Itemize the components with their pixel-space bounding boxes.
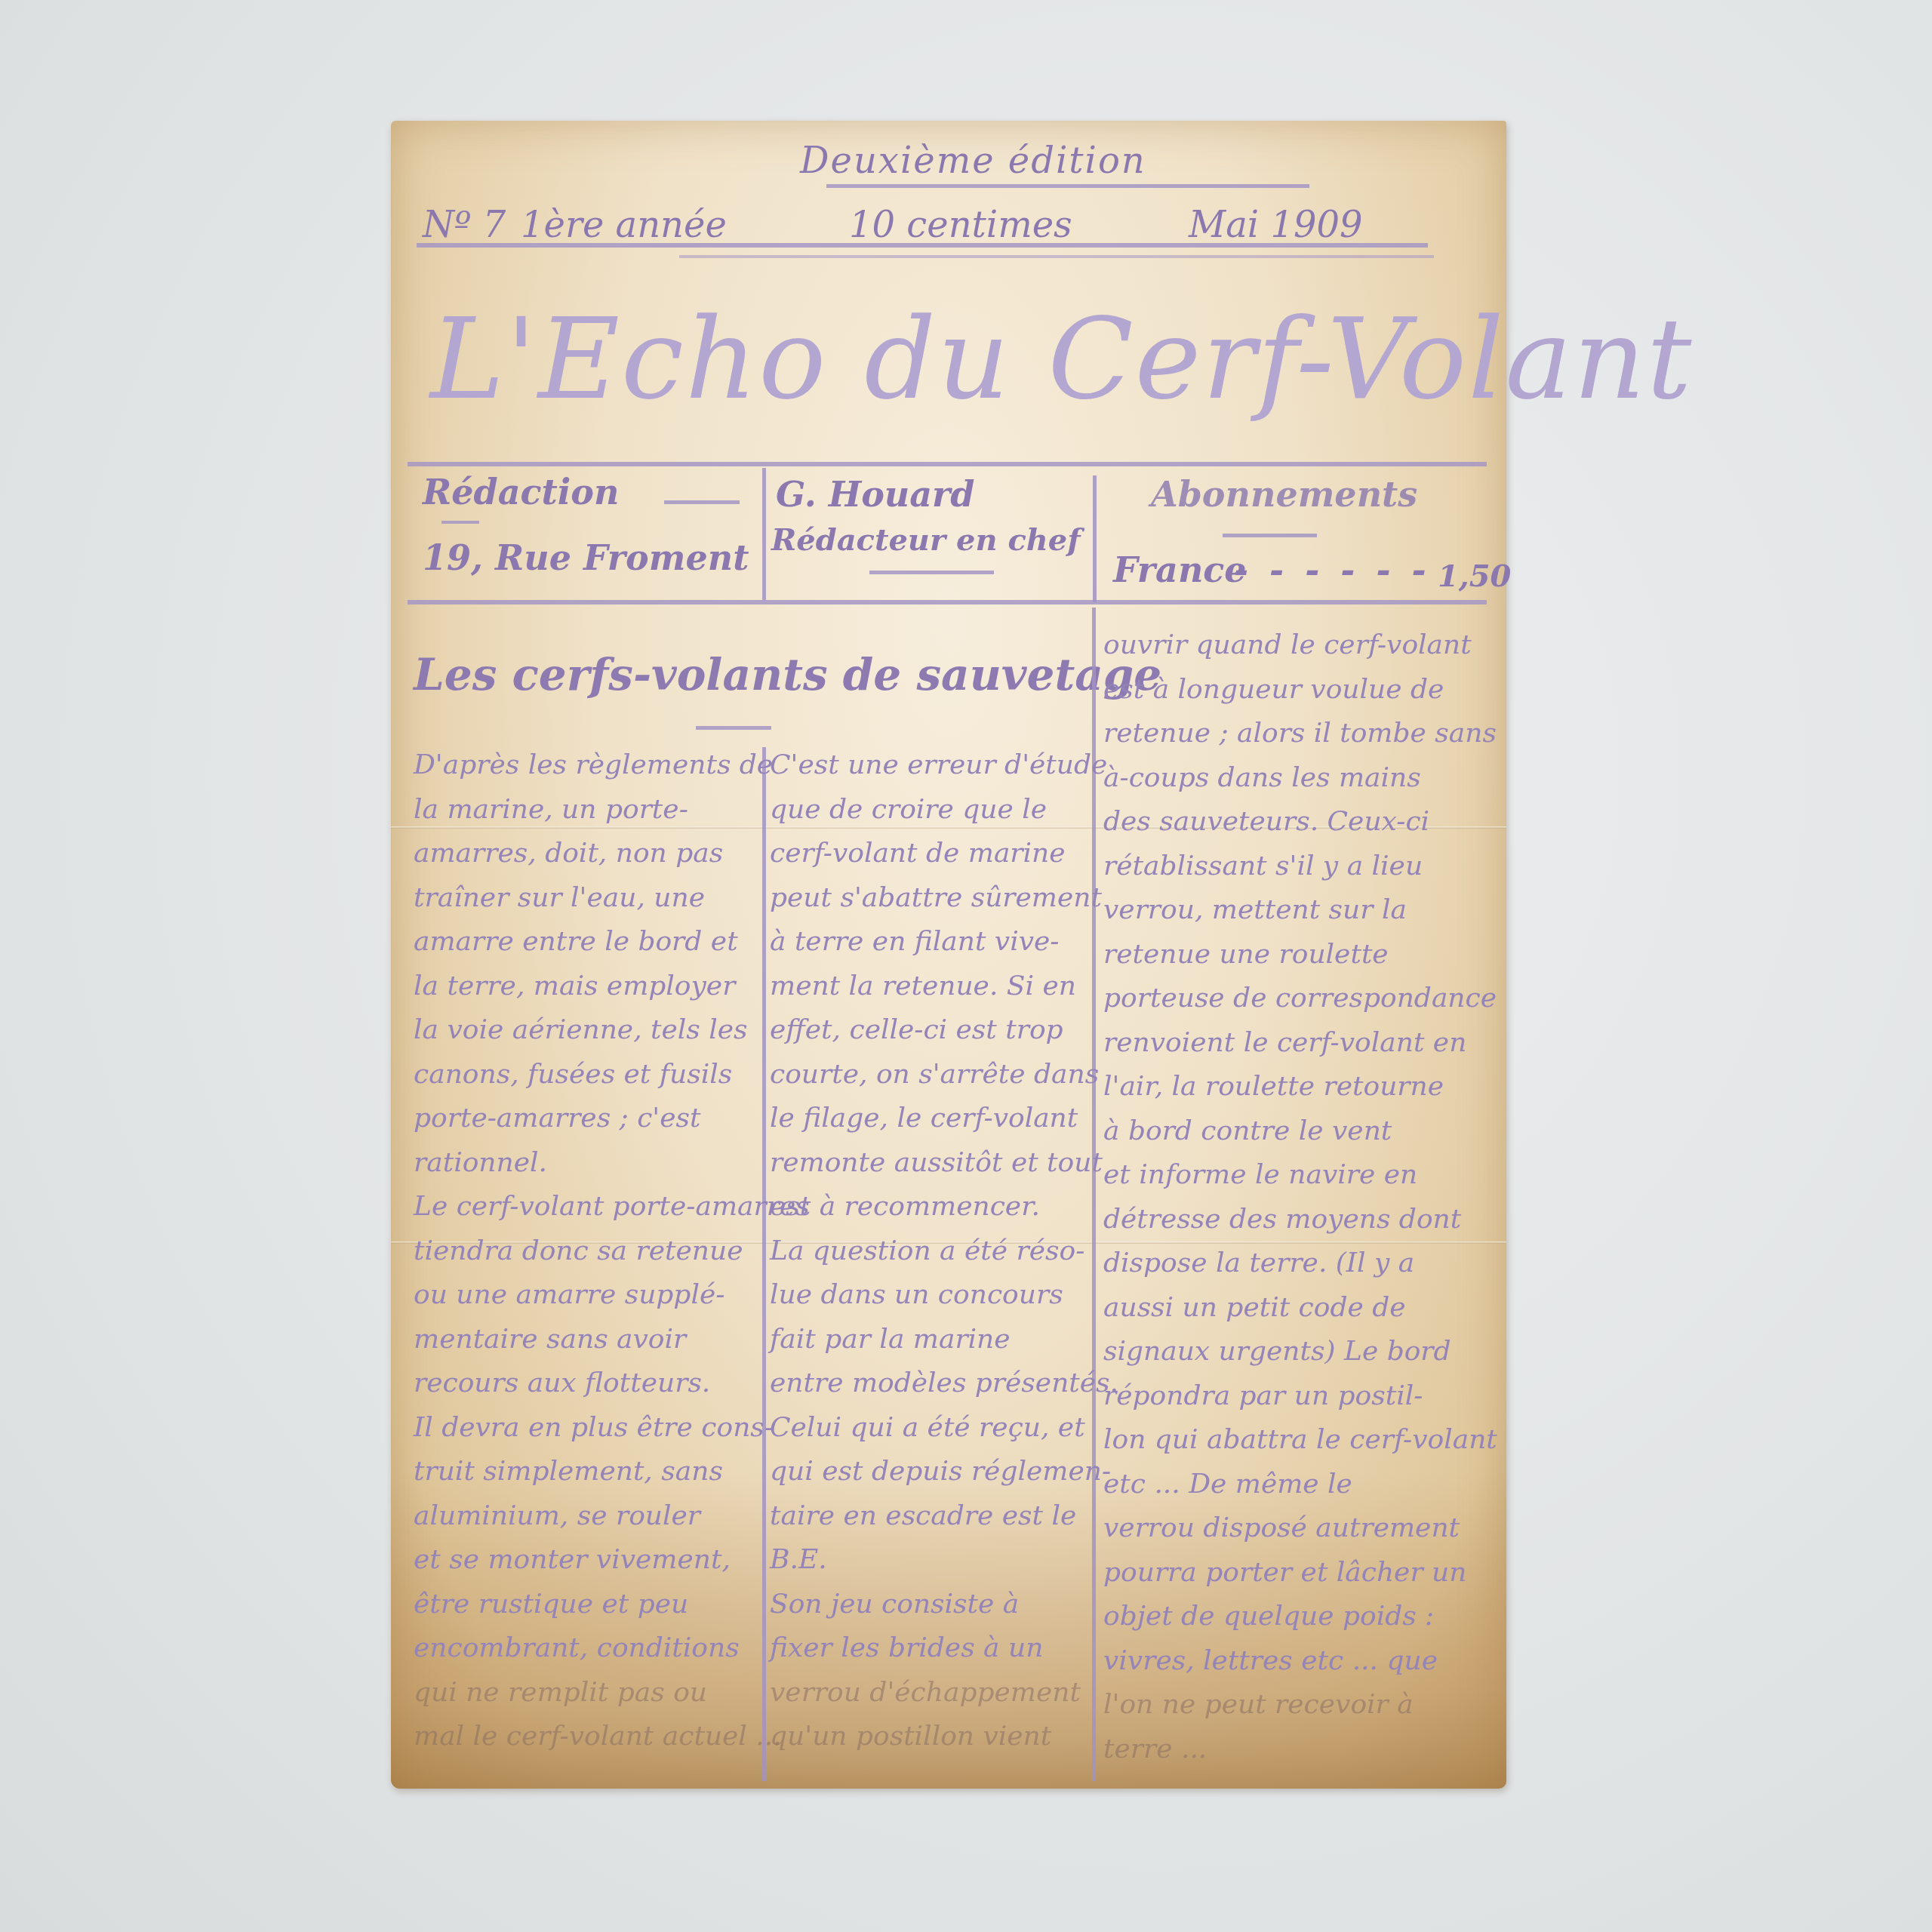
- text-line: encombrant, conditions: [414, 1626, 753, 1671]
- info-table-divider: [762, 468, 766, 600]
- text-line: tiendra donc sa retenue: [414, 1229, 753, 1274]
- text-line: à-coups dans les mains: [1103, 756, 1481, 801]
- redaction-separator: [441, 521, 479, 524]
- text-line: à terre en filant vive-: [770, 920, 1087, 964]
- text-line: l'air, la roulette retourne: [1103, 1065, 1481, 1109]
- text-line: taire en escadre est le: [770, 1494, 1087, 1539]
- text-line: Celui qui a été reçu, et: [770, 1406, 1087, 1451]
- text-line: retenue ; alors il tombe sans: [1103, 712, 1481, 756]
- text-line: être rustique et peu: [414, 1583, 753, 1627]
- text-line: et informe le navire en: [1103, 1153, 1481, 1198]
- article-column-2: C'est une erreur d'étude que de croire q…: [770, 743, 1087, 1759]
- subscription-leader-dots: - - - - - -: [1234, 549, 1431, 590]
- text-line: lon qui abattra le cerf-volant: [1103, 1418, 1481, 1463]
- text-line: est à recommencer.: [770, 1185, 1087, 1229]
- edition-label: Deuxième édition: [800, 140, 1146, 182]
- text-line: etc ... De même le: [1103, 1463, 1481, 1507]
- redaction-dash: [664, 500, 740, 504]
- text-line: est à longueur voulue de: [1103, 668, 1481, 712]
- text-line: à bord contre le vent: [1103, 1109, 1481, 1154]
- text-line: amarres, doit, non pas: [414, 832, 753, 876]
- text-line: qui est depuis réglemen-: [770, 1450, 1087, 1494]
- subscription-france-price: 1,50: [1438, 558, 1511, 594]
- subscription-france-label: France: [1113, 549, 1247, 590]
- text-line: fait par la marine: [770, 1318, 1087, 1362]
- text-line: amarre entre le bord et: [414, 920, 753, 964]
- text-line: répondra par un postil-: [1103, 1374, 1481, 1419]
- issue-number: Nº 7: [423, 204, 506, 246]
- text-line: verrou, mettent sur la: [1103, 888, 1481, 933]
- issue-year: 1ère année: [521, 204, 727, 246]
- edition-underline: [826, 184, 1309, 188]
- text-line: aluminium, se rouler: [414, 1494, 753, 1539]
- text-line: la voie aérienne, tels les: [414, 1008, 753, 1053]
- info-table-top-rule: [408, 462, 1487, 466]
- text-line: truit simplement, sans: [414, 1450, 753, 1494]
- editor-separator: [869, 571, 994, 574]
- text-line: canons, fusées et fusils: [414, 1053, 753, 1097]
- redaction-address: 19, Rue Froment: [423, 537, 749, 578]
- subscriptions-heading: Abonnements: [1151, 474, 1417, 515]
- text-line: traîner sur l'eau, une: [414, 876, 753, 921]
- column-divider: [762, 747, 766, 1781]
- text-line: La question a été réso-: [770, 1229, 1087, 1274]
- text-line: objet de quelque poids :: [1103, 1595, 1481, 1639]
- info-table-bottom-rule: [408, 600, 1487, 605]
- article-title: Les cerfs-volants de sauvetage: [414, 649, 1161, 700]
- text-line: entre modèles présentés.: [770, 1361, 1087, 1406]
- editor-name: G. Houard: [776, 474, 974, 515]
- text-line: peut s'abattre sûrement: [770, 876, 1087, 921]
- text-line: Il devra en plus être cons-: [414, 1406, 753, 1451]
- text-line: fixer les brides à un: [770, 1626, 1087, 1671]
- info-table-divider: [1093, 475, 1097, 602]
- text-line: détresse des moyens dont: [1103, 1198, 1481, 1242]
- text-line: et se monter vivement,: [414, 1538, 753, 1583]
- text-line: Son jeu consiste à: [770, 1583, 1087, 1627]
- text-line: qui ne remplit pas ou: [414, 1671, 753, 1715]
- text-line: qu'un postillon vient: [770, 1715, 1087, 1759]
- text-line: dispose la terre. (Il y a: [1103, 1241, 1481, 1286]
- text-line: porte-amarres ; c'est: [414, 1097, 753, 1141]
- text-line: lue dans un concours: [770, 1273, 1087, 1318]
- text-line: C'est une erreur d'étude: [770, 743, 1087, 788]
- article-column-3: ouvrir quand le cerf-volant est à longue…: [1103, 623, 1481, 1771]
- text-line: porteuse de correspondance: [1103, 977, 1481, 1021]
- text-line: rétablissant s'il y a lieu: [1103, 844, 1481, 889]
- masthead-rule-secondary: [679, 255, 1434, 258]
- subscriptions-separator: [1223, 534, 1317, 537]
- newspaper-title: L'Echo du Cerf-Volant: [430, 294, 1694, 424]
- text-line: D'après les règlements de: [414, 743, 753, 788]
- text-line: mal le cerf-volant actuel ...: [414, 1715, 753, 1759]
- text-line: courte, on s'arrête dans: [770, 1053, 1087, 1097]
- text-line: mentaire sans avoir: [414, 1318, 753, 1362]
- text-line: le filage, le cerf-volant: [770, 1097, 1087, 1141]
- text-line: la marine, un porte-: [414, 788, 753, 832]
- text-line: retenue une roulette: [1103, 933, 1481, 977]
- issue-price: 10 centimes: [849, 204, 1072, 246]
- text-line: ou une amarre supplé-: [414, 1273, 753, 1318]
- text-line: pourra porter et lâcher un: [1103, 1551, 1481, 1595]
- text-line: Le cerf-volant porte-amarres: [414, 1185, 753, 1229]
- issue-date: Mai 1909: [1189, 204, 1363, 246]
- text-line: cerf-volant de marine: [770, 832, 1087, 876]
- text-line: aussi un petit code de: [1103, 1286, 1481, 1331]
- text-line: ment la retenue. Si en: [770, 964, 1087, 1009]
- redaction-heading: Rédaction: [423, 472, 619, 512]
- text-line: vivres, lettres etc ... que: [1103, 1639, 1481, 1684]
- text-line: rationnel.: [414, 1141, 753, 1186]
- column-divider: [1092, 608, 1096, 1781]
- text-line: B.E.: [770, 1538, 1087, 1583]
- text-line: renvoient le cerf-volant en: [1103, 1021, 1481, 1066]
- text-line: recours aux flotteurs.: [414, 1361, 753, 1406]
- masthead-rule: [417, 243, 1428, 248]
- text-line: verrou disposé autrement: [1103, 1506, 1481, 1551]
- text-line: que de croire que le: [770, 788, 1087, 832]
- article-column-1: D'après les règlements de la marine, un …: [414, 743, 753, 1759]
- editor-role: Rédacteur en chef: [771, 522, 1081, 558]
- text-line: la terre, mais employer: [414, 964, 753, 1009]
- text-line: des sauveteurs. Ceux-ci: [1103, 800, 1481, 844]
- text-line: ouvrir quand le cerf-volant: [1103, 623, 1481, 668]
- article-title-underline: [696, 726, 771, 730]
- text-line: effet, celle-ci est trop: [770, 1008, 1087, 1053]
- text-line: verrou d'échappement: [770, 1671, 1087, 1715]
- text-line: l'on ne peut recevoir à: [1103, 1683, 1481, 1727]
- text-line: terre ...: [1103, 1727, 1481, 1772]
- text-line: remonte aussitôt et tout: [770, 1141, 1087, 1186]
- text-line: signaux urgents) Le bord: [1103, 1330, 1481, 1374]
